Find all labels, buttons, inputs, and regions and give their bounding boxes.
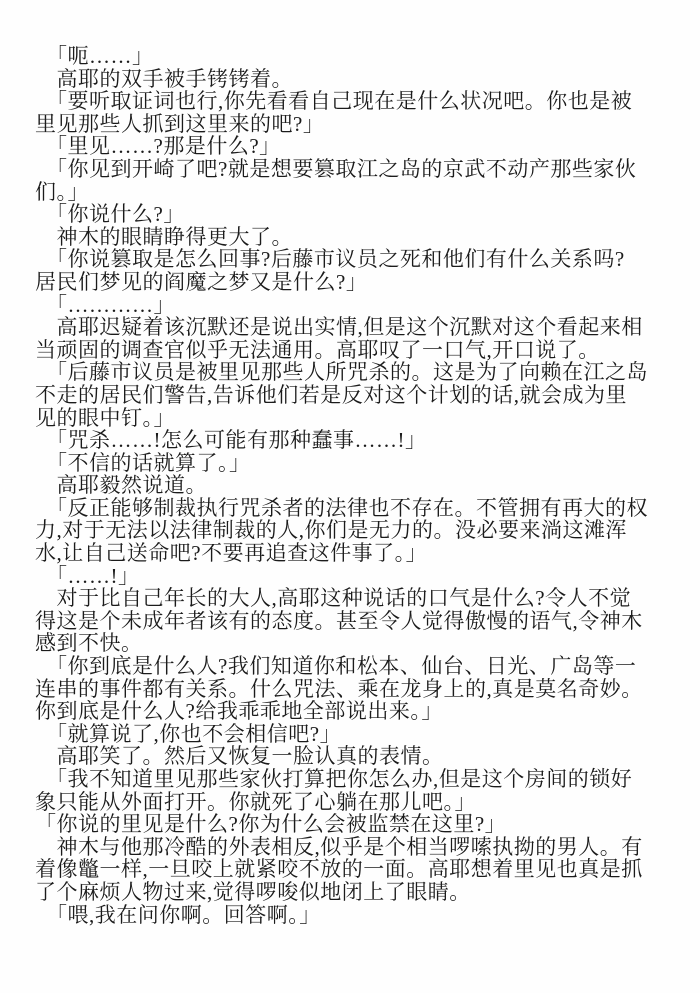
text-line: 「反正能够制裁执行咒杀者的法律也不存在。不管拥有再大的权 [35, 497, 668, 520]
text-line: 居民们梦见的阎魔之梦又是什么?」 [35, 271, 668, 294]
text-line: 「…………」 [35, 294, 668, 317]
text-line: 「要听取证词也行,你先看看自己现在是什么状况吧。你也是被 [35, 90, 668, 113]
text-line: 「后藤市议员是被里见那些人所咒杀的。这是为了向赖在江之岛 [35, 361, 668, 384]
text-line: 你到底是什么人?给我乖乖地全部说出来。」 [35, 700, 668, 723]
text-line: 神木的眼睛睁得更大了。 [35, 226, 668, 249]
text-line: 了个麻烦人物过来,觉得啰唆似地闭上了眼睛。 [35, 881, 668, 904]
text-line: 感到不快。 [35, 632, 668, 655]
text-line: 力,对于无法以法律制裁的人,你们是无力的。没必要来淌这滩浑 [35, 519, 668, 542]
text-line: 神木与他那冷酷的外表相反,似乎是个相当啰嗦执拗的男人。有 [35, 836, 668, 859]
text-line: 连串的事件都有关系。什么咒法、乘在龙身上的,真是莫名奇妙。 [35, 678, 668, 701]
text-line: 见的眼中钉。」 [35, 407, 668, 430]
text-line: 「我不知道里见那些家伙打算把你怎么办,但是这个房间的锁好 [35, 768, 668, 791]
text-line: 对于比自己年长的大人,高耶这种说话的口气是什么?令人不觉 [35, 587, 668, 610]
text-line: 高耶毅然说道。 [35, 474, 668, 497]
text-line: 「你说什么?」 [35, 203, 668, 226]
text-line: 「就算说了,你也不会相信吧?」 [35, 723, 668, 746]
text-line: 们。」 [35, 181, 668, 204]
text-line: 「你见到开崎了吧?就是想要篡取江之岛的京武不动产那些家伙 [35, 158, 668, 181]
text-line: 高耶笑了。然后又恢复一脸认真的表情。 [35, 745, 668, 768]
text-line: 高耶的双手被手铐铐着。 [35, 68, 668, 91]
text-line: 「喂,我在问你啊。回答啊。」 [35, 904, 668, 927]
text-line: 「你说的里见是什么?你为什么会被监禁在这里?」 [35, 813, 668, 836]
text-line: 得这是个未成年者该有的态度。甚至令人觉得傲慢的语气,令神木 [35, 610, 668, 633]
text-block: 「呃……」 高耶的双手被手铐铐着。 「要听取证词也行,你先看看自己现在是什么状况… [35, 45, 668, 926]
text-line: 「呃……」 [35, 45, 668, 68]
text-line: 高耶迟疑着该沉默还是说出实情,但是这个沉默对这个看起来相 [35, 316, 668, 339]
text-line: 「你说篡取是怎么回事?后藤市议员之死和他们有什么关系吗? [35, 248, 668, 271]
text-line: 「里见……?那是什么?」 [35, 135, 668, 158]
text-line: 「咒杀……!怎么可能有那种蠢事……!」 [35, 429, 668, 452]
text-line: 象只能从外面打开。你就死了心躺在那儿吧。」 [35, 791, 668, 814]
novel-page: 「呃……」 高耶的双手被手铐铐着。 「要听取证词也行,你先看看自己现在是什么状况… [0, 0, 700, 993]
text-line: 不走的居民们警告,告诉他们若是反对这个计划的话,就会成为里 [35, 384, 668, 407]
text-line: 里见那些人抓到这里来的吧?」 [35, 113, 668, 136]
text-line: 「你到底是什么人?我们知道你和松本、仙台、日光、广岛等一 [35, 655, 668, 678]
text-line: 着像鼈一样,一旦咬上就紧咬不放的一面。高耶想着里见也真是抓 [35, 858, 668, 881]
text-line: 水,让自己送命吧?不要再追查这件事了。」 [35, 542, 668, 565]
text-line: 「不信的话就算了。」 [35, 452, 668, 475]
text-line: 「……!」 [35, 565, 668, 588]
text-line: 当顽固的调查官似乎无法通用。高耶叹了一口气,开口说了。 [35, 339, 668, 362]
